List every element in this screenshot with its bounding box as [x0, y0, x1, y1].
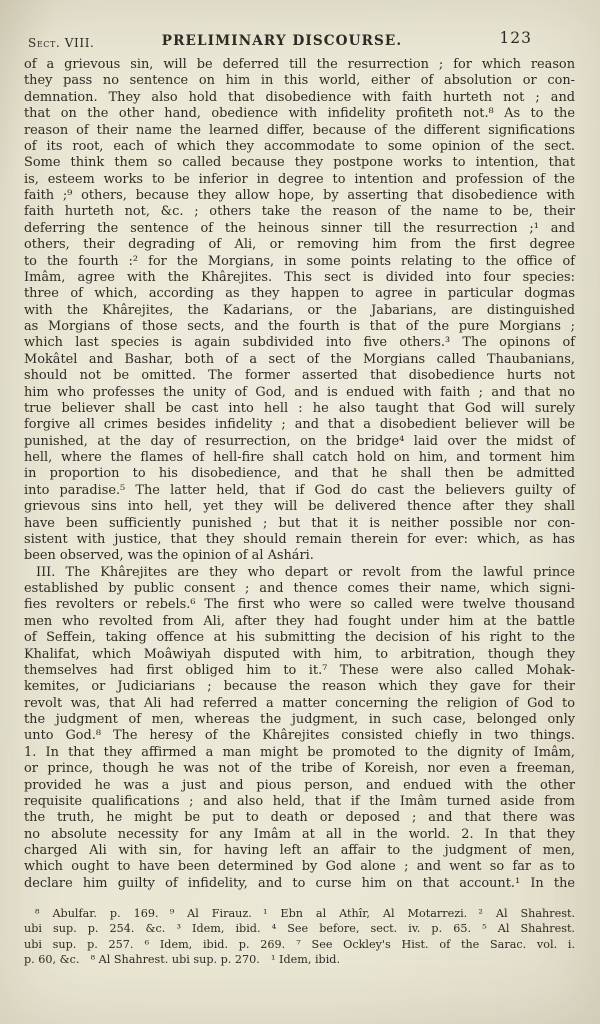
text-line: faith hurteth not, &c. ; others take the… — [24, 204, 575, 220]
text-line: provided he was a just and pious person,… — [24, 778, 575, 794]
text-line: requisite qualifications ; and also held… — [24, 794, 575, 810]
text-line: punished, at the day of resurrection, on… — [24, 434, 575, 450]
text-line: revolt was, that Ali had referred a matt… — [24, 696, 575, 712]
text-line: 1. In that they affirmed a man might be … — [24, 745, 575, 761]
text-line: in proportion to his disobedience, and t… — [24, 466, 575, 482]
text-line: charged Ali with sin, for having left an… — [24, 843, 575, 859]
text-line: three of which, according as they happen… — [24, 286, 575, 302]
text-line: reason of their name the learned differ,… — [24, 123, 575, 139]
text-line: fies revolters or rebels.⁶ The first who… — [24, 597, 575, 613]
text-line: demnation. They also hold that disobedie… — [24, 90, 575, 106]
text-line: grievous sins into hell, yet they will b… — [24, 499, 575, 515]
text-line: him who professes the unity of God, and … — [24, 385, 575, 401]
text-line: of a grievous sin, will be deferred till… — [24, 57, 575, 73]
text-line: kemites, or Judiciarians ; because the r… — [24, 679, 575, 695]
text-line: into paradise.⁵ The latter held, that if… — [24, 483, 575, 499]
text-line: unto God.⁸ The heresy of the Khârejites … — [24, 728, 575, 744]
footnotes-block: ⁸ Abulfar. p. 169. ⁹ Al Firauz. ¹ Ebn al… — [24, 906, 575, 967]
text-line: forgive all crimes besides infidelity ; … — [24, 417, 575, 433]
paragraph-1: of a grievous sin, will be deferred till… — [24, 57, 575, 565]
paragraph-2: III. The Khârejites are they who depart … — [24, 565, 575, 893]
text-line: the truth, he might be put to death or d… — [24, 810, 575, 826]
text-line: or prince, though he was not of the trib… — [24, 761, 575, 777]
text-line: III. The Khârejites are they who depart … — [24, 565, 575, 581]
text-line: is, esteem works to be inferior in degre… — [24, 172, 575, 188]
text-line: that on the other hand, obedience with i… — [24, 106, 575, 122]
text-line: should not be omitted. The former assert… — [24, 368, 575, 384]
footnote-line: ⁸ Abulfar. p. 169. ⁹ Al Firauz. ¹ Ebn al… — [24, 906, 575, 921]
text-line: as Morgians of those sects, and the four… — [24, 319, 575, 335]
page-number: 123 — [499, 29, 532, 47]
text-line: Mokâtel and Bashar, both of a sect of th… — [24, 352, 575, 368]
text-line: Some think them so called because they p… — [24, 155, 575, 171]
text-line: sistent with justice, that they should r… — [24, 532, 575, 548]
text-line: the judgment of men, whereas the judgmen… — [24, 712, 575, 728]
footnote-line: ubi sup. p. 257. ⁶ Idem, ibid. p. 269. ⁷… — [24, 937, 575, 952]
book-page: Sect. VIII. PRELIMINARY DISCOURSE. 123 o… — [0, 0, 600, 1024]
text-line: have been sufficiently punished ; but th… — [24, 516, 575, 532]
text-line: of its root, each of which they accommod… — [24, 139, 575, 155]
text-line: to the fourth :² for the Morgians, in so… — [24, 254, 575, 270]
text-line: others, their degrading of Ali, or remov… — [24, 237, 575, 253]
text-line: men who revolted from Ali, after they ha… — [24, 614, 575, 630]
text-line: hell, where the flames of hell-fire shal… — [24, 450, 575, 466]
text-line: Khalifat, which Moâwiyah disputed with h… — [24, 647, 575, 663]
text-line: they pass no sentence on him in this wor… — [24, 73, 575, 89]
running-title: PRELIMINARY DISCOURSE. — [0, 33, 564, 49]
footnote-line: p. 60, &c. ⁸ Al Shahrest. ubi sup. p. 27… — [24, 952, 575, 967]
text-line: themselves had first obliged him to it.⁷… — [24, 663, 575, 679]
text-line: deferring the sentence of the heinous si… — [24, 221, 575, 237]
text-line: true believer shall be cast into hell : … — [24, 401, 575, 417]
text-line: which ought to have been determined by G… — [24, 859, 575, 875]
footnote-line: ubi sup. p. 254. &c. ³ Idem, ibid. ⁴ See… — [24, 921, 575, 936]
text-line: established by public consent ; and then… — [24, 581, 575, 597]
text-line: been observed, was the opinion of al Ash… — [24, 548, 575, 564]
text-line: which last species is again subdivided i… — [24, 335, 575, 351]
text-line: declare him guilty of infidelity, and to… — [24, 876, 575, 892]
text-line: no absolute necessity for any Imâm at al… — [24, 827, 575, 843]
text-line: faith ;⁹ others, because they allow hope… — [24, 188, 575, 204]
body-text: of a grievous sin, will be deferred till… — [24, 57, 575, 892]
text-line: with the Khârejites, the Kadarians, or t… — [24, 303, 575, 319]
text-line: Imâm, agree with the Khârejites. This se… — [24, 270, 575, 286]
text-line: of Seffein, taking offence at his submit… — [24, 630, 575, 646]
